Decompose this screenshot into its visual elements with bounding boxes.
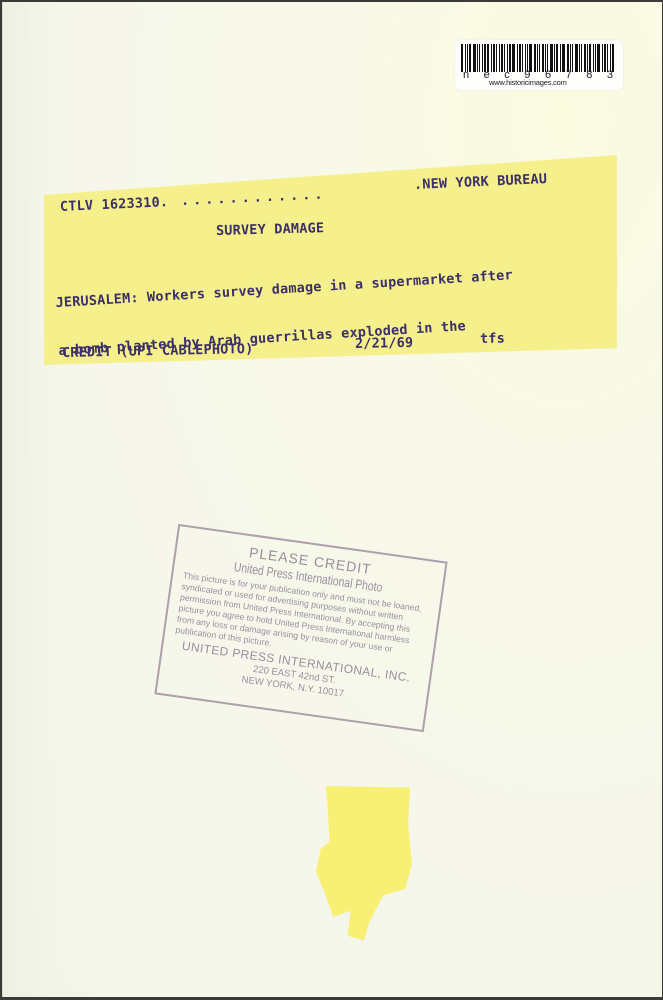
upi-credit-stamp: PLEASE CREDIT United Press International… — [154, 524, 447, 732]
caption-body-line: supermarket thronged with women and chil… — [61, 362, 536, 407]
caption-body-line: JERUSALEM: Workers survey damage in a su… — [55, 266, 530, 311]
caption-bureau: .NEW YORK BUREAU — [414, 171, 548, 193]
caption-initials: tfs — [480, 330, 505, 347]
barcode-char: n — [463, 69, 469, 81]
caption-title: SURVEY DAMAGE — [216, 220, 325, 239]
caption-date: 2/21/69 — [355, 335, 414, 352]
caption-body: JERUSALEM: Workers survey damage in a su… — [53, 234, 540, 487]
caption-leader-dots: ............ — [181, 186, 327, 209]
tape-residue — [316, 786, 412, 942]
caption-id: CTLV 1623310. — [60, 194, 169, 215]
barcode-char: 8 — [586, 69, 592, 81]
barcode-url: www.historicimages.com — [489, 78, 567, 87]
barcode-char: 3 — [607, 69, 613, 81]
caption-body-line: persons were killed and 33 injured, 13 o… — [64, 410, 539, 455]
caption-slip: CTLV 1623310. ............ .NEW YORK BUR… — [44, 155, 617, 365]
barcode-icon — [461, 44, 615, 72]
barcode-sticker: nec96783 www.historicimages.com — [455, 40, 623, 90]
photo-back-paper: nec96783 www.historicimages.com CTLV 162… — [2, 2, 662, 997]
